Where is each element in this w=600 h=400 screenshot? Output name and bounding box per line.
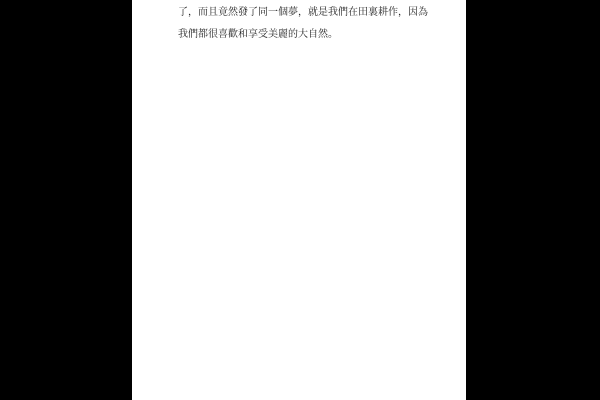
book-page[interactable]: 了，而且竟然發了同一個夢，就是我們在田裏耕作，因為 我們都很喜歡和享受美麗的大自… [132, 0, 466, 400]
page-text-block: 了，而且竟然發了同一個夢，就是我們在田裏耕作，因為 我們都很喜歡和享受美麗的大自… [178, 0, 430, 46]
text-line-2: 我們都很喜歡和享受美麗的大自然。 [178, 24, 430, 46]
reader-viewport: 了，而且竟然發了同一個夢，就是我們在田裏耕作，因為 我們都很喜歡和享受美麗的大自… [0, 0, 600, 400]
text-line-1: 了，而且竟然發了同一個夢，就是我們在田裏耕作，因為 [178, 2, 430, 24]
